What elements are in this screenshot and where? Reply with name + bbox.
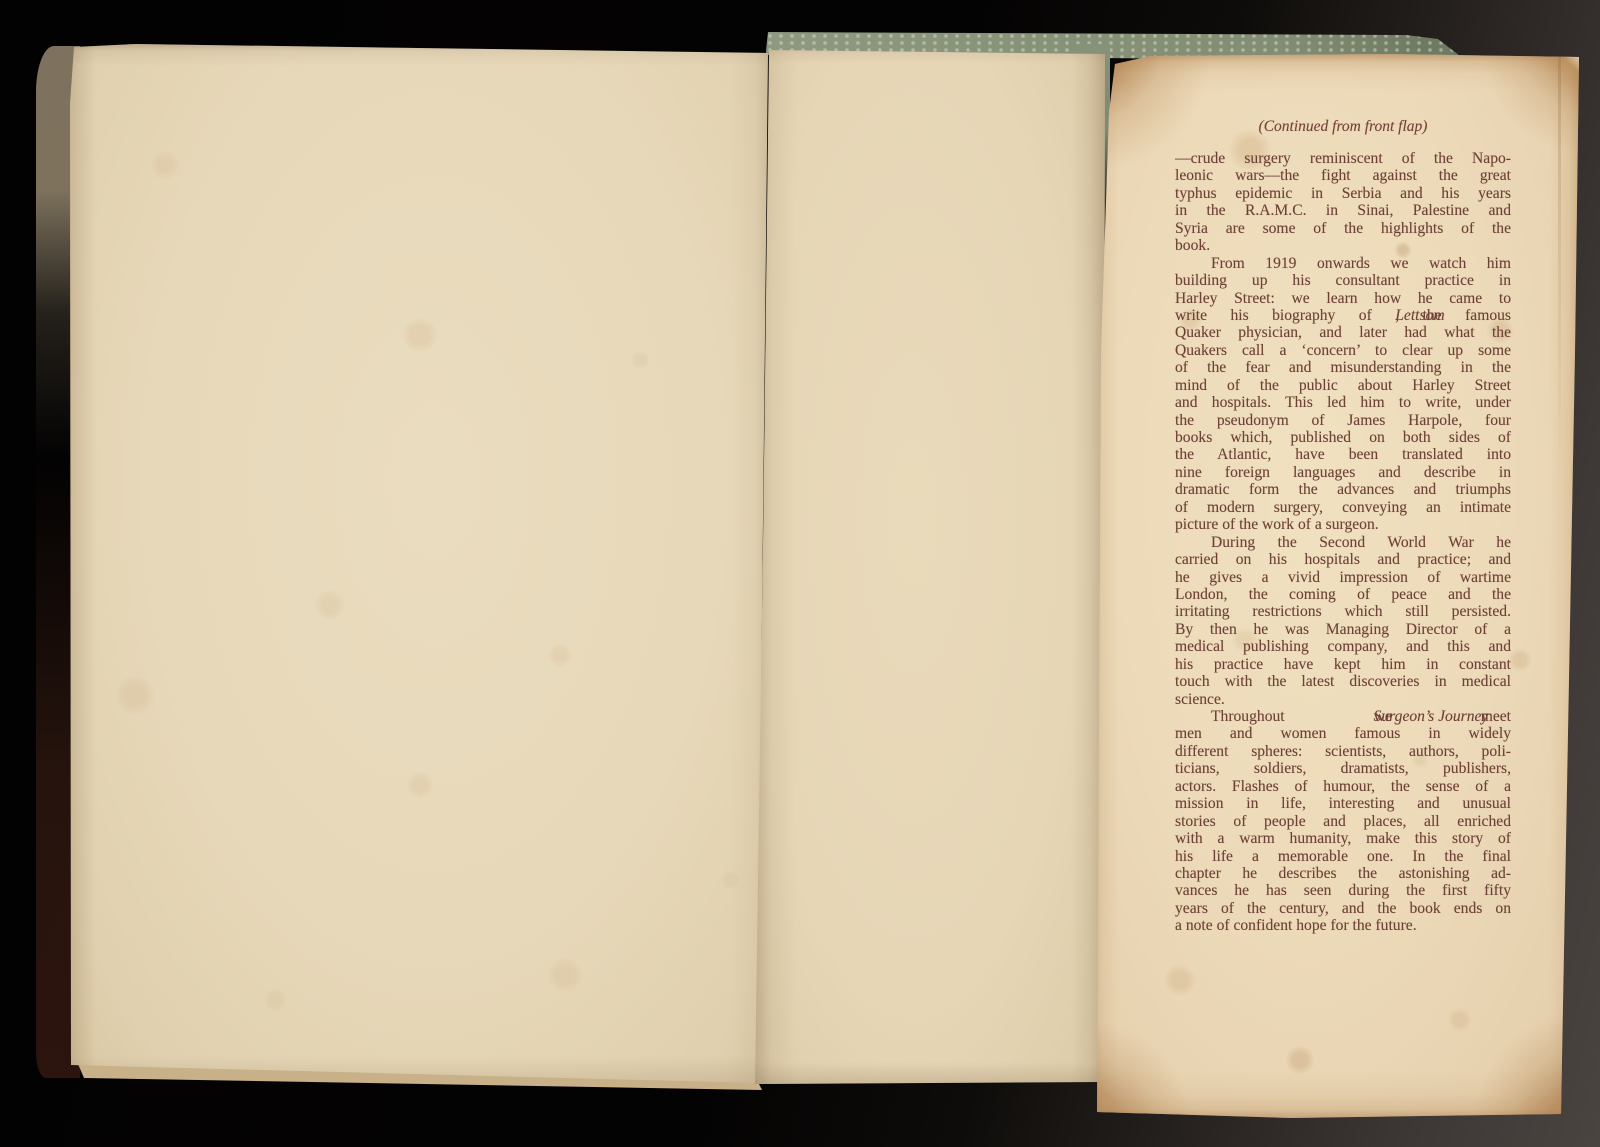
flap-text-line: From 1919 onwards we watch him (1175, 255, 1511, 272)
flap-text-line: write his biography of Lettsom, the famo… (1175, 307, 1511, 324)
flap-text-line: London, the coming of peace and the (1175, 586, 1511, 603)
flap-text-line: By then he was Managing Director of a (1175, 621, 1511, 638)
flap-text-line: carried on his hospitals and practice; a… (1175, 551, 1511, 568)
flap-text-line: ticians, soldiers, dramatists, publisher… (1175, 760, 1511, 777)
flap-crease (1558, 52, 1561, 472)
flap-text-line: medical publishing company, and this and (1175, 638, 1511, 655)
flap-text-line: of the fear and misunderstanding in the (1175, 359, 1511, 376)
flap-text-line: different spheres: scientists, authors, … (1175, 743, 1511, 760)
right-endpaper (755, 46, 1105, 1088)
flap-text-line: his life a memorable one. In the final (1175, 848, 1511, 865)
flap-text-line: of modern surgery, conveying an intimate (1175, 499, 1511, 516)
flap-text-line: nine foreign languages and describe in (1175, 464, 1511, 481)
flap-text-line: Quakers call a ‘concern’ to clear up som… (1175, 342, 1511, 359)
flap-text-line: irritating restrictions which still pers… (1175, 603, 1511, 620)
flap-text-line: years of the century, and the book ends … (1175, 900, 1511, 917)
dust-jacket-flap: (Continued from front flap) —crude surge… (1091, 52, 1583, 1122)
flap-text-line: book. (1175, 237, 1511, 254)
book-photograph: (Continued from front flap) —crude surge… (0, 0, 1600, 1147)
flap-text-line: mission in life, interesting and unusual (1175, 795, 1511, 812)
flap-text-line: the pseudonym of James Harpole, four (1175, 412, 1511, 429)
flap-text-line: During the Second World War he (1175, 534, 1511, 551)
flap-text-line: building up his consultant practice in (1175, 272, 1511, 289)
flap-text-line: —crude surgery reminiscent of the Napo- (1175, 150, 1511, 167)
flap-text-line: chapter he describes the astonishing ad- (1175, 865, 1511, 882)
flap-text-line: touch with the latest discoveries in med… (1175, 673, 1511, 690)
flap-text-line: his practice have kept him in constant (1175, 656, 1511, 673)
flap-text-line: Quaker physician, and later had what the (1175, 324, 1511, 341)
flap-text-line: leonic wars—the fight against the great (1175, 167, 1511, 184)
flap-text-line: dramatic form the advances and triumphs (1175, 481, 1511, 498)
flap-text-line: Throughout Surgeon’s Journey we meet (1175, 708, 1511, 725)
flap-text-line: a note of confident hope for the future. (1175, 917, 1511, 934)
flap-text-line: books which, published on both sides of (1175, 429, 1511, 446)
flap-text-line: mind of the public about Harley Street (1175, 377, 1511, 394)
flap-text-line: with a warm humanity, make this story of (1175, 830, 1511, 847)
flap-text-block: —crude surgery reminiscent of the Napo- … (1175, 150, 1511, 935)
flap-text-line: actors. Flashes of humour, the sense of … (1175, 778, 1511, 795)
flap-text-line: in the R.A.M.C. in Sinai, Palestine and (1175, 202, 1511, 219)
flap-text-line: science. (1175, 691, 1511, 708)
flap-text-line: he gives a vivid impression of wartime (1175, 569, 1511, 586)
flap-text-line: and hospitals. This led him to write, un… (1175, 394, 1511, 411)
flap-text-line: men and women famous in widely (1175, 725, 1511, 742)
flap-text-line: typhus epidemic in Serbia and his years (1175, 185, 1511, 202)
flap-text-line: picture of the work of a surgeon. (1175, 516, 1511, 533)
flap-text-line: vances he has seen during the first fift… (1175, 882, 1511, 899)
flap-header: (Continued from front flap) (1175, 116, 1511, 138)
curled-corner (1523, 52, 1583, 142)
flap-text-line: Syria are some of the highlights of the (1175, 220, 1511, 237)
flap-text-line: the Atlantic, have been translated into (1175, 446, 1511, 463)
flap-text-line: stories of people and places, all enrich… (1175, 813, 1511, 830)
flap-text-line: Harley Street: we learn how he came to (1175, 290, 1511, 307)
blank-left-page (70, 44, 770, 1086)
